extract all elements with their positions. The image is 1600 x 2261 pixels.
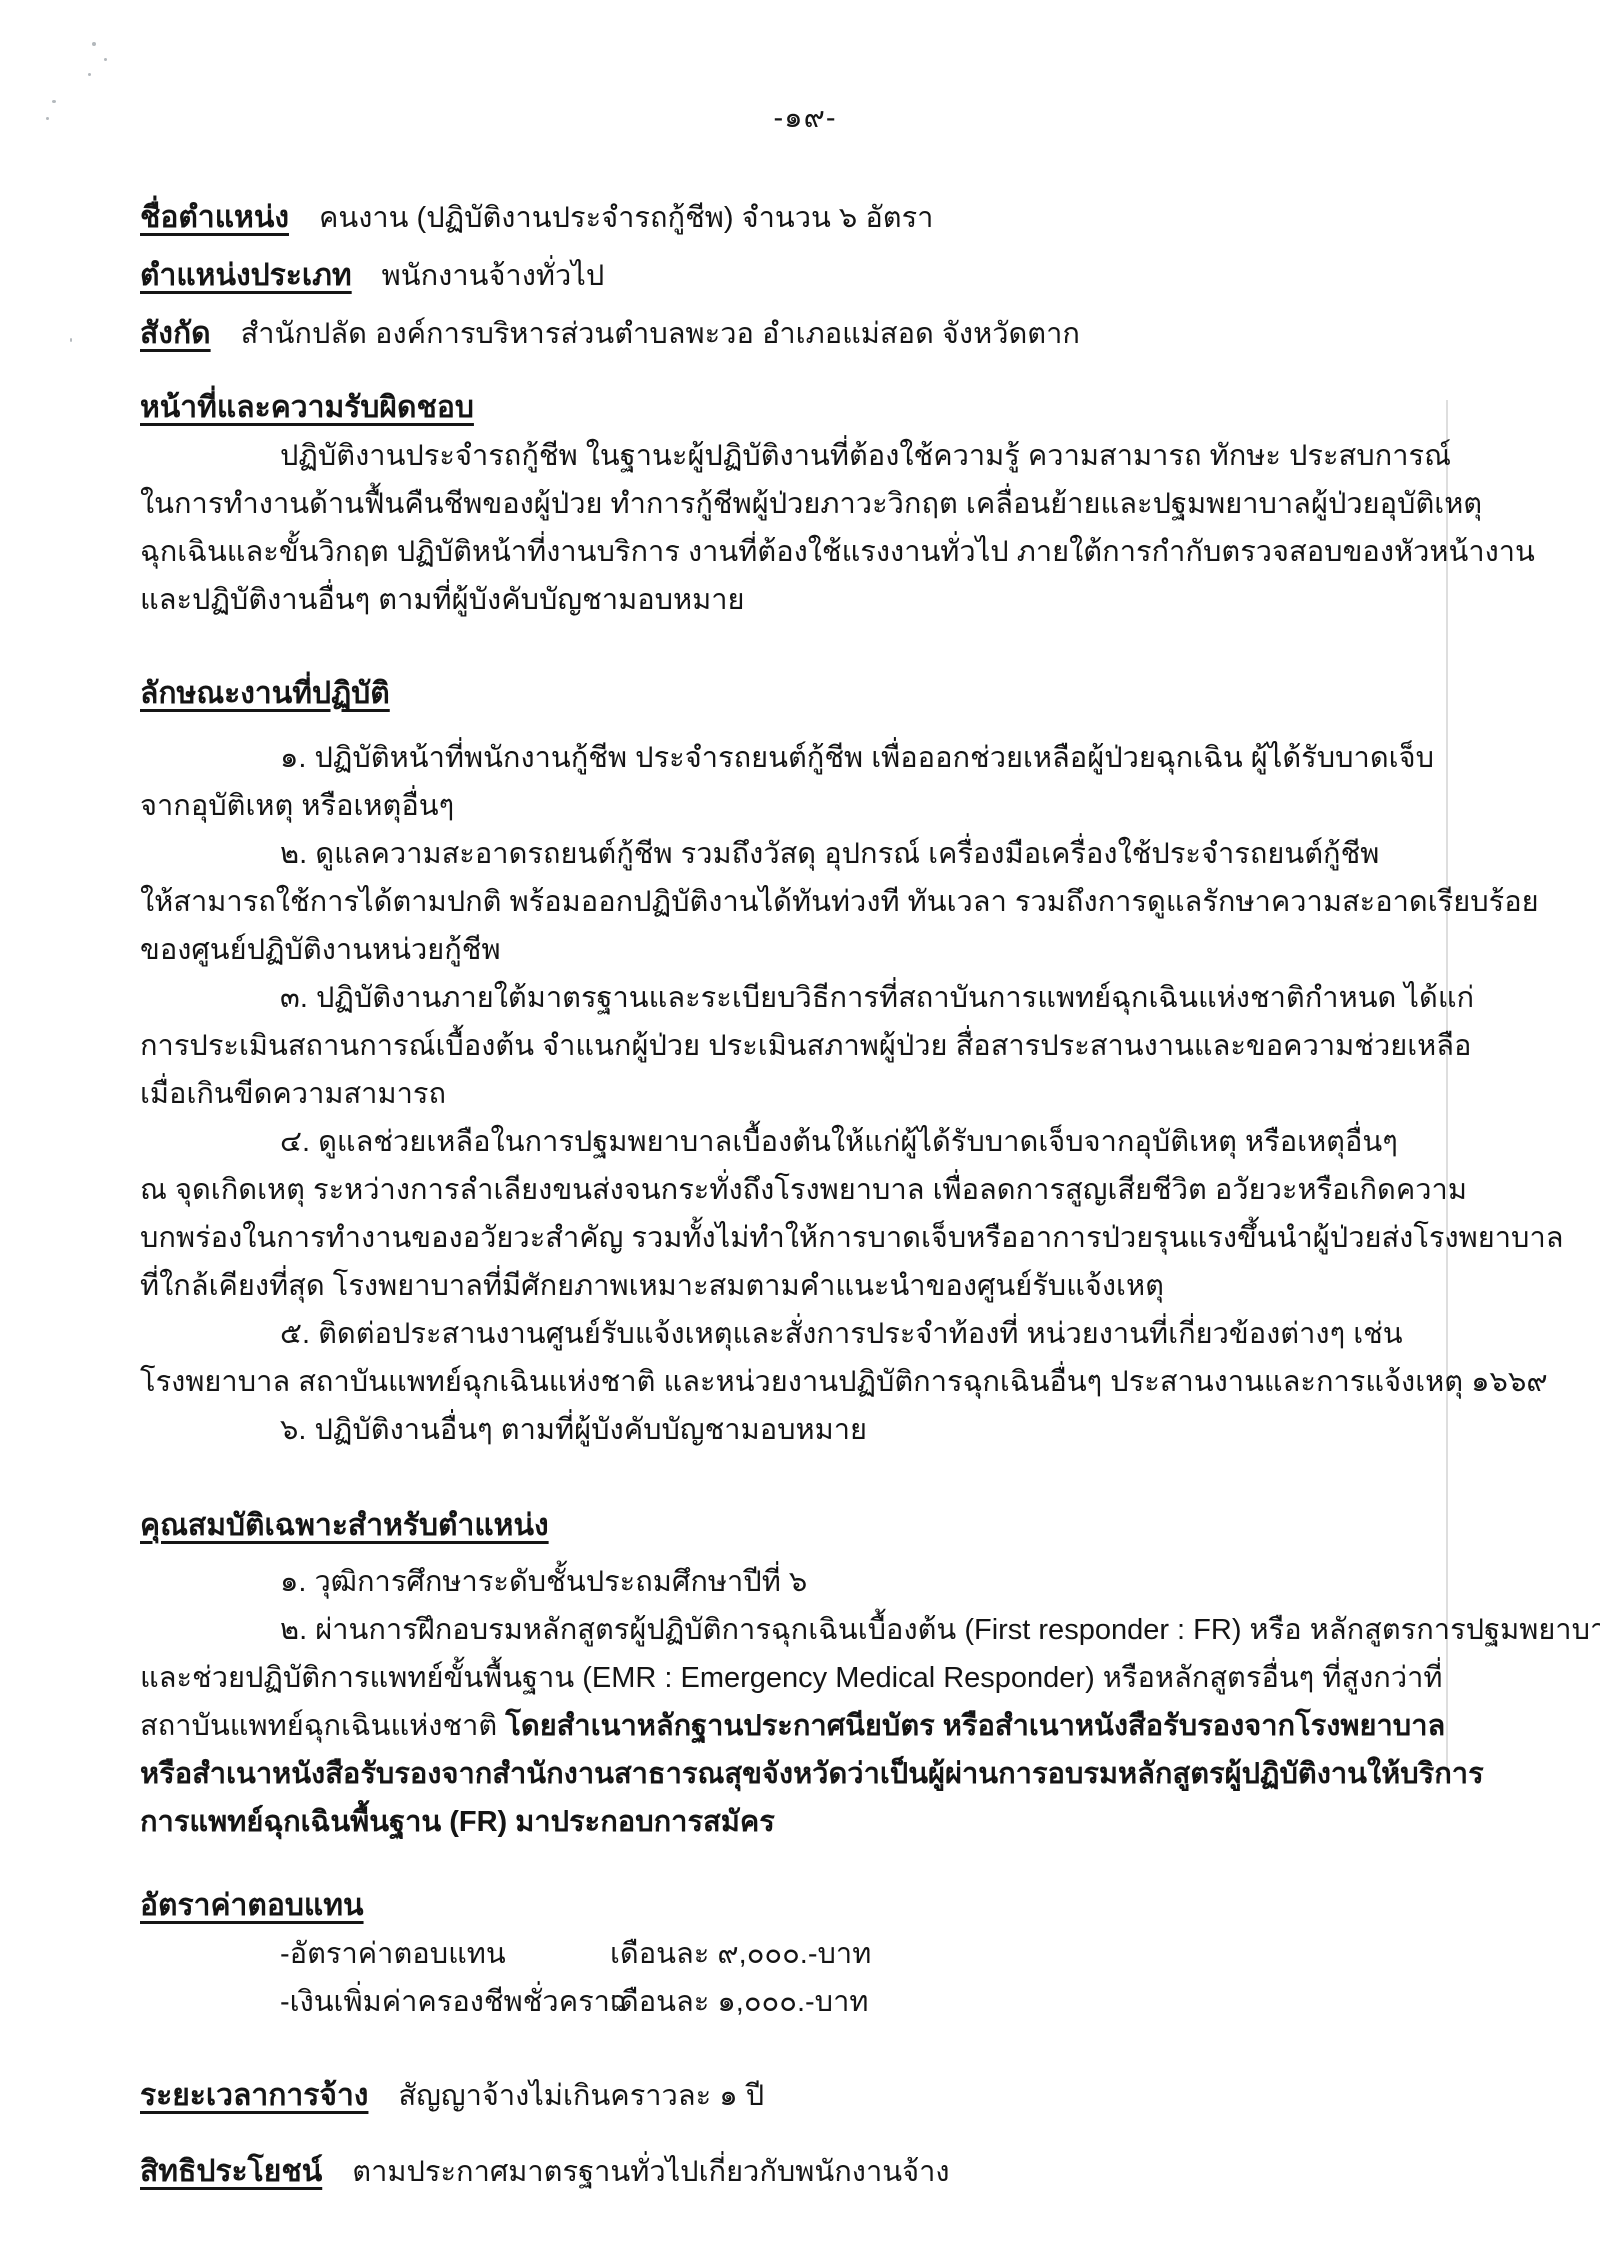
- text-line: ปฏิบัติงานประจำรถกู้ชีพ ในฐานะผู้ปฏิบัติ…: [140, 432, 1470, 480]
- text-segment: โดยสำเนาหลักฐานประกาศนียบัตร หรือสำเนาหน…: [505, 1710, 1445, 1742]
- text-line: ในการทำงานด้านฟื้นคืนชีพของผู้ป่วย ทำการ…: [140, 480, 1470, 528]
- text-line: การประเมินสถานการณ์เบื้องต้น จำแนกผู้ป่ว…: [140, 1022, 1470, 1070]
- employment-period-row: ระยะเวลาการจ้างสัญญาจ้างไม่เกินคราวละ ๑ …: [140, 2074, 1470, 2118]
- text-line: ที่ใกล้เคียงที่สุด โรงพยาบาลที่มีศักยภาพ…: [140, 1262, 1470, 1310]
- duties-heading: หน้าที่และความรับผิดชอบ: [140, 384, 1470, 432]
- text-line: ของศูนย์ปฏิบัติงานหน่วยกู้ชีพ: [140, 926, 1470, 974]
- text-line: บกพร่องในการทำงานของอวัยวะสำคัญ รวมทั้งไ…: [140, 1214, 1470, 1262]
- job-characteristics-section: ลักษณะงานที่ปฏิบัติ ๑. ปฏิบัติหน้าที่พนั…: [140, 670, 1470, 1454]
- text-line: ๔. ดูแลช่วยเหลือในการปฐมพยาบาลเบื้องต้นใ…: [140, 1118, 1470, 1166]
- text-line: ฉุกเฉินและขั้นวิกฤต ปฏิบัติหน้าที่งานบริ…: [140, 528, 1470, 576]
- page-number: -๑๙-: [140, 96, 1470, 140]
- position-type-label: ตำแหน่งประเภท: [140, 259, 352, 292]
- position-type-row: ตำแหน่งประเภทพนักงานจ้างทั่วไป: [140, 254, 1470, 298]
- compensation-row: -เงินเพิ่มค่าครองชีพชั่วคราว เดือนละ ๑,๐…: [140, 1978, 1470, 2026]
- affiliation-value: สำนักปลัด องค์การบริหารส่วนตำบลพะวอ อำเภ…: [241, 318, 1080, 350]
- text-line: จากอุบัติเหตุ หรือเหตุอื่นๆ: [140, 782, 1470, 830]
- benefits-row: สิทธิประโยชน์ตามประกาศมาตรฐานทั่วไปเกี่ย…: [140, 2150, 1470, 2194]
- job-characteristics-heading: ลักษณะงานที่ปฏิบัติ: [140, 670, 1470, 718]
- affiliation-label: สังกัด: [140, 317, 211, 350]
- text-line: ๑. ปฏิบัติหน้าที่พนักงานกู้ชีพ ประจำรถยน…: [140, 734, 1470, 782]
- benefits-label: สิทธิประโยชน์: [140, 2155, 322, 2188]
- text-line: ๓. ปฏิบัติงานภายใต้มาตรฐานและระเบียบวิธี…: [140, 974, 1470, 1022]
- compensation-item: -เงินเพิ่มค่าครองชีพชั่วคราว: [280, 1978, 610, 2026]
- text-line: ณ จุดเกิดเหตุ ระหว่างการลำเลียงขนส่งจนกร…: [140, 1166, 1470, 1214]
- text-line: การแพทย์ฉุกเฉินพื้นฐาน (FR) มาประกอบการส…: [140, 1798, 1470, 1846]
- affiliation-row: สังกัดสำนักปลัด องค์การบริหารส่วนตำบลพะว…: [140, 312, 1470, 356]
- text-line: ให้สามารถใช้การได้ตามปกติ พร้อมออกปฏิบัต…: [140, 878, 1470, 926]
- text-line: และปฏิบัติงานอื่นๆ ตามที่ผู้บังคับบัญชาม…: [140, 576, 1470, 624]
- text-line: ๒. ผ่านการฝึกอบรมหลักสูตรผู้ปฏิบัติการฉุ…: [140, 1606, 1470, 1654]
- position-type-value: พนักงานจ้างทั่วไป: [382, 260, 605, 292]
- text-line: ๕. ติดต่อประสานงานศูนย์รับแจ้งเหตุและสั่…: [140, 1310, 1470, 1358]
- position-name-label: ชื่อตำแหน่ง: [140, 201, 289, 234]
- text-segment: สถาบันแพทย์ฉุกเฉินแห่งชาติ: [140, 1710, 505, 1742]
- benefits-value: ตามประกาศมาตรฐานทั่วไปเกี่ยวกับพนักงานจ้…: [352, 2156, 949, 2188]
- text-line: หรือสำเนาหนังสือรับรองจากสำนักงานสาธารณส…: [140, 1750, 1470, 1798]
- text-line: สถาบันแพทย์ฉุกเฉินแห่งชาติ โดยสำเนาหลักฐ…: [140, 1702, 1470, 1750]
- compensation-heading: อัตราค่าตอบแทน: [140, 1882, 1470, 1930]
- compensation-row: -อัตราค่าตอบแทน เดือนละ ๙,๐๐๐.-บาท: [140, 1930, 1470, 1978]
- position-name-value: คนงาน (ปฏิบัติงานประจำรถกู้ชีพ) จำนวน ๖ …: [319, 202, 933, 234]
- text-line: และช่วยปฏิบัติการแพทย์ขั้นพื้นฐาน (EMR :…: [140, 1654, 1470, 1702]
- duties-section: หน้าที่และความรับผิดชอบ ปฏิบัติงานประจำร…: [140, 384, 1470, 624]
- qualifications-section: คุณสมบัติเฉพาะสำหรับตำแหน่ง ๑. วุฒิการศึ…: [140, 1502, 1470, 1846]
- text-line: ๒. ดูแลความสะอาดรถยนต์กู้ชีพ รวมถึงวัสดุ…: [140, 830, 1470, 878]
- compensation-section: อัตราค่าตอบแทน -อัตราค่าตอบแทน เดือนละ ๙…: [140, 1882, 1470, 2026]
- document-page: -๑๙- ชื่อตำแหน่งคนงาน (ปฏิบัติงานประจำรถ…: [0, 0, 1600, 2261]
- text-line: เมื่อเกินขีดความสามารถ: [140, 1070, 1470, 1118]
- header-fields: ชื่อตำแหน่งคนงาน (ปฏิบัติงานประจำรถกู้ชี…: [140, 196, 1470, 356]
- text-line: โรงพยาบาล สถาบันแพทย์ฉุกเฉินแห่งชาติ และ…: [140, 1358, 1470, 1406]
- document-content: -๑๙- ชื่อตำแหน่งคนงาน (ปฏิบัติงานประจำรถ…: [140, 0, 1470, 2208]
- text-line: ๑. วุฒิการศึกษาระดับชั้นประถมศึกษาปีที่ …: [140, 1558, 1470, 1606]
- position-name-row: ชื่อตำแหน่งคนงาน (ปฏิบัติงานประจำรถกู้ชี…: [140, 196, 1470, 240]
- employment-period-label: ระยะเวลาการจ้าง: [140, 2079, 368, 2112]
- employment-period-value: สัญญาจ้างไม่เกินคราวละ ๑ ปี: [398, 2080, 764, 2112]
- text-line: ๖. ปฏิบัติงานอื่นๆ ตามที่ผู้บังคับบัญชาม…: [140, 1406, 1470, 1454]
- compensation-amount: เดือนละ ๑,๐๐๐.-บาท: [610, 1978, 868, 2026]
- qualifications-heading: คุณสมบัติเฉพาะสำหรับตำแหน่ง: [140, 1502, 1470, 1550]
- compensation-item: -อัตราค่าตอบแทน: [280, 1930, 610, 1978]
- compensation-amount: เดือนละ ๙,๐๐๐.-บาท: [610, 1930, 871, 1978]
